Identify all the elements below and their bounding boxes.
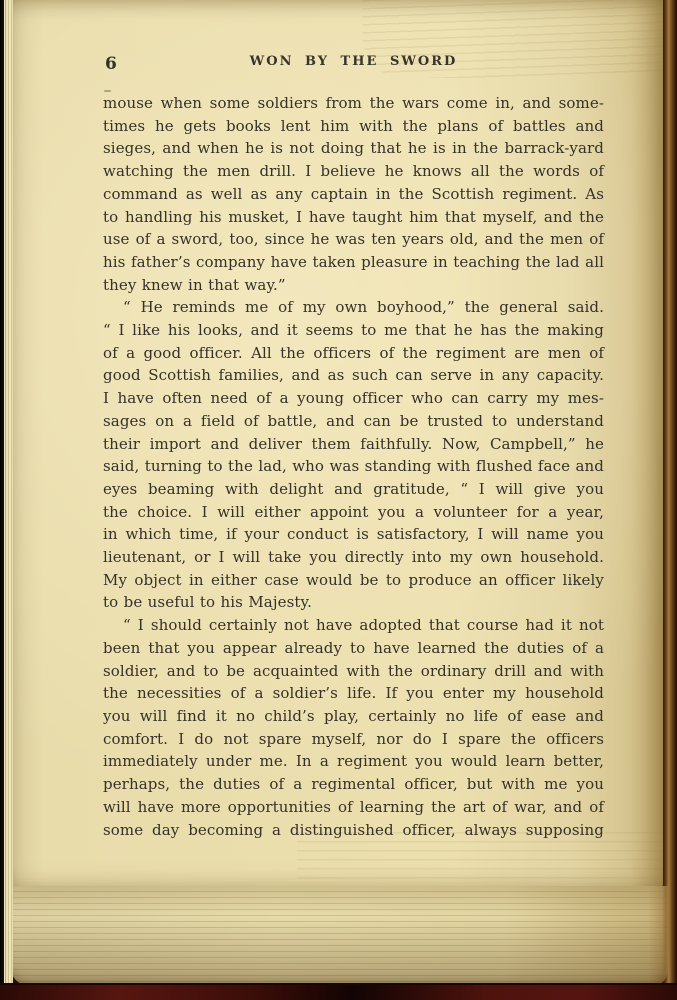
text-line: I have often need of a young officer who… — [103, 387, 604, 410]
text-line: immediately under me. In a regiment you … — [103, 750, 604, 773]
page-content: 6 WON BY THE SWORD mouse when some soldi… — [103, 54, 604, 841]
page-stack-bottom — [10, 886, 668, 986]
text-line: perhaps, the duties of a regimental offi… — [103, 773, 604, 796]
text-line: sieges, and when he is not doing that he… — [103, 137, 604, 160]
scan-artifact — [104, 90, 111, 92]
text-line: in which time, if your conduct is satisf… — [103, 523, 604, 546]
text-line: mouse when some soldiers from the wars c… — [103, 92, 604, 115]
book-page: 6 WON BY THE SWORD mouse when some soldi… — [10, 0, 663, 890]
text-line: their import and deliver them faithfully… — [103, 433, 604, 456]
text-line: watching the men drill. I believe he kno… — [103, 160, 604, 183]
book-spine — [0, 0, 4, 992]
text-line: use of a sword, too, since he was ten ye… — [103, 228, 604, 251]
page-header: 6 WON BY THE SWORD — [103, 54, 604, 76]
text-line: been that you appear already to have lea… — [103, 637, 604, 660]
text-line: said, turning to the lad, who was standi… — [103, 455, 604, 478]
text-line: they knew in that way.” — [103, 274, 604, 297]
text-line: to handling his musket, I have taught hi… — [103, 206, 604, 229]
text-line: eyes beaming with delight and gratitude,… — [103, 478, 604, 501]
text-line: comfort. I do not spare myself, nor do I… — [103, 728, 604, 751]
text-line: to be useful to his Majesty. — [103, 591, 604, 614]
text-line: soldier, and to be acquainted with the o… — [103, 660, 604, 683]
text-line: times he gets books lent him with the pl… — [103, 115, 604, 138]
text-line: lieutenant, or I will take you directly … — [103, 546, 604, 569]
text-line: “ He reminds me of my own boyhood,” the … — [103, 296, 604, 319]
text-line: the choice. I will either appoint you a … — [103, 501, 604, 524]
text-line: “ I like his looks, and it seems to me t… — [103, 319, 604, 342]
page-edge-left — [4, 0, 13, 988]
text-line: My object in either case would be to pro… — [103, 569, 604, 592]
text-line: the necessities of a soldier’s life. If … — [103, 682, 604, 705]
text-line: sages on a field of battle, and can be t… — [103, 410, 604, 433]
page-edge-right — [662, 0, 677, 988]
text-line: command as well as any captain in the Sc… — [103, 183, 604, 206]
text-line: of a good officer. All the officers of t… — [103, 342, 604, 365]
book-scan: 6 WON BY THE SWORD mouse when some soldi… — [0, 0, 677, 1000]
text-line: will have more opportunities of learning… — [103, 796, 604, 819]
running-header-title: WON BY THE SWORD — [103, 54, 604, 69]
text-line: “ I should certainly not have adopted th… — [103, 614, 604, 637]
text-line: some day becoming a distinguished office… — [103, 819, 604, 842]
page-text: mouse when some soldiers from the wars c… — [103, 92, 604, 841]
text-line: his father’s company have taken pleasure… — [103, 251, 604, 274]
text-line: good Scottish families, and as such can … — [103, 364, 604, 387]
book-cover-band — [0, 983, 677, 1000]
page-number: 6 — [105, 54, 117, 74]
text-line: you will find it no child’s play, certai… — [103, 705, 604, 728]
